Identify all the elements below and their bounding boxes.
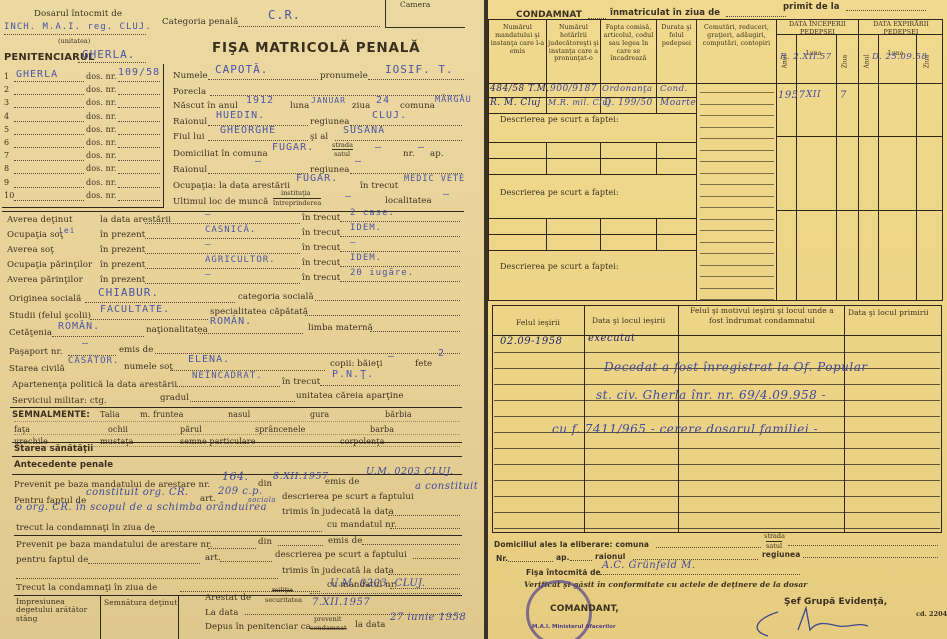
dosar-number: 1 xyxy=(4,72,9,81)
mandat2-art-label: art. xyxy=(205,553,221,563)
semnalmente-field: faţa xyxy=(14,425,30,434)
la-data-value: 7.XII.1957 xyxy=(312,597,370,608)
semnalmente-field: bărbia xyxy=(385,410,412,419)
mandat1-cu-mandatul-label: cu mandatul nr. xyxy=(327,520,397,530)
row2-hotarare: M.R. mil. Cluj xyxy=(548,98,611,107)
ruled-line xyxy=(700,230,774,231)
localitatea-label: localitatea xyxy=(385,196,432,206)
inmatriculat-label: înmatriculat în ziua de xyxy=(610,8,720,18)
ruled-line xyxy=(700,196,774,197)
numele-sot-label: numele soţ xyxy=(124,362,173,372)
social-trecut-line xyxy=(340,221,460,222)
ap-label: ap. xyxy=(430,149,444,159)
dosar-nr-label: dos. nr. xyxy=(86,125,117,134)
mandat1-emis: U.M. 0203 CLUJ. xyxy=(366,466,454,477)
right-regiunea-label: regiunea xyxy=(762,550,800,559)
dosar-nr-line xyxy=(118,147,160,148)
studii-value: FACULTATE. xyxy=(100,304,170,315)
dosar-nr-label: dos. nr. xyxy=(86,178,117,187)
social-line xyxy=(145,238,300,239)
dosar-number: 9 xyxy=(4,178,9,187)
dosar-nr-label: dos. nr. xyxy=(86,112,117,121)
ruled-line xyxy=(700,184,774,185)
semnalmente-field: nasul xyxy=(228,410,250,419)
domiciliat-label: Domiciliat în comuna xyxy=(173,149,268,159)
social-sub: în prezent xyxy=(100,260,145,270)
mandat1-descriere-label: descrierea pe scurt a faptului xyxy=(282,492,414,502)
exit-row-line xyxy=(494,512,940,513)
mandat1-nr: 164. xyxy=(222,470,249,483)
strada-value: — xyxy=(375,142,382,153)
luna-value: JANUAR xyxy=(311,96,346,105)
studii-label: Studii (felul şcolii) xyxy=(9,311,91,321)
social-trecut-line xyxy=(340,266,460,267)
ocupatia-trecut-label: în trecut xyxy=(360,181,398,191)
nr-label: nr. xyxy=(403,149,415,159)
row1-expirare: D. 25.09.58 xyxy=(872,52,927,62)
table-header: Fapta comisă, articolul, codul sau legea… xyxy=(601,24,656,63)
social-sub: în prezent xyxy=(100,245,145,255)
dosar-number: 10 xyxy=(4,191,14,200)
descriere-3-label: Descrierea pe scurt a faptei: xyxy=(500,262,619,271)
nationalitatea-value: ROMÂN. xyxy=(210,316,252,327)
social-value: — xyxy=(205,270,211,280)
ruled-line xyxy=(700,219,774,220)
mandat1-din: 8.XII.1957 xyxy=(273,471,329,482)
pronumele-label: pronumele xyxy=(320,71,368,81)
impresiunea-label: Impresiunea degetului arătător stâng xyxy=(16,598,98,623)
dosar-number: 5 xyxy=(4,125,9,134)
dosar-number: 4 xyxy=(4,112,9,121)
dosar-nr-line xyxy=(118,187,160,188)
dosar-nr-line xyxy=(118,121,160,122)
exit-header-primire: Data şi locul primirii xyxy=(848,308,929,317)
ruled-line xyxy=(700,288,774,289)
semnalmente-line xyxy=(14,421,460,422)
mandat1-trimis-label: trimis în judecată la data xyxy=(282,507,394,517)
exit-row-line xyxy=(494,384,940,385)
social-label: Ocupaţia soţ xyxy=(7,230,63,240)
militia-label: miliţia xyxy=(272,586,293,594)
ruled-line xyxy=(700,138,774,139)
row2-fapta: D. 199/50 xyxy=(604,98,653,108)
satul-label: satul xyxy=(334,150,350,158)
social-trecut-value: IDEM. xyxy=(350,223,382,233)
row2-inceput-luna: XII xyxy=(806,90,821,100)
categoria-sociala-label: categoria socială xyxy=(238,292,314,302)
social-trecut-line xyxy=(340,281,460,282)
regiunea2-value: — xyxy=(355,156,362,167)
social-label: Ocupaţia părinţilor xyxy=(7,260,92,270)
dosar-line xyxy=(14,121,84,122)
dosar-nr-line xyxy=(118,200,160,201)
right-ap-label: ap. xyxy=(556,553,570,562)
descriere-1-label: Descrierea pe scurt a faptei: xyxy=(500,115,619,124)
exit-note-3: cu f. 7411/965 - cerere dosarul familiei… xyxy=(552,422,818,436)
dosar-line xyxy=(14,134,84,135)
social-value: CASNICĂ. xyxy=(205,225,256,235)
dosar-line xyxy=(14,200,84,201)
social-trecut-label: în trecut xyxy=(302,213,340,223)
ziua-value: 24 xyxy=(376,95,390,106)
dosar-line xyxy=(14,187,84,188)
originea-label: Originea socială xyxy=(9,294,81,304)
exit-row1-felul: 02.09-1958 xyxy=(500,336,562,347)
row2-inceput-an: 1957 xyxy=(778,90,805,101)
dosar-nr-value: 109/58 xyxy=(118,67,160,78)
categoria-label: Categoria penală xyxy=(162,17,238,27)
strada-label: strada xyxy=(332,141,353,150)
ruled-line xyxy=(700,253,774,254)
dosare-box: 1GHERLAdos. nr.109/582dos. nr.3dos. nr.4… xyxy=(2,64,164,208)
institutia-label: instituţia xyxy=(281,189,311,197)
numele-label: Numele xyxy=(173,71,208,81)
dosar-number: 2 xyxy=(4,85,9,94)
page-title: FIŞA MATRICOLĂ PENALĂ xyxy=(212,40,420,56)
luna-label: luna xyxy=(290,101,309,111)
right-nr-label: Nr. xyxy=(496,554,508,563)
dosar-nr-line xyxy=(118,107,160,108)
row2-durata: Moarte xyxy=(660,98,696,108)
serviciul-label: Serviciul militar: ctg. xyxy=(12,396,107,406)
dosar-number: 3 xyxy=(4,98,9,107)
fiul-label: Fiul lui xyxy=(173,132,205,142)
originea-value: CHIABUR. xyxy=(98,286,159,299)
dosar-nr-label: dos. nr. xyxy=(86,164,117,173)
comuna-value: MĂRGĂU xyxy=(435,95,472,105)
social-sub: în prezent xyxy=(100,275,145,285)
social-value: AGRICULTOR. xyxy=(205,255,276,265)
ocupatia-trecut-value: MEDIC VETE xyxy=(404,174,465,184)
numele-sot-value: ELENA. xyxy=(188,354,230,365)
apartenenta-label: Apartenenţa politică la data arestării xyxy=(12,380,177,390)
domiciliat-value: FUGAR. xyxy=(272,142,314,153)
social-label: Averea părinţilor xyxy=(7,275,83,285)
ruled-line xyxy=(700,92,774,93)
depus-data-value: 27 iunie 1958 xyxy=(390,612,466,623)
numele-value: CAPOTĂ. xyxy=(215,63,268,76)
exit-row-line xyxy=(494,448,940,449)
dosar-nr-line xyxy=(118,160,160,161)
an-value: 1912 xyxy=(246,95,274,106)
dosar-nr-line xyxy=(118,173,160,174)
dosar-nr-label: dos. nr. xyxy=(86,191,117,200)
condamnat-label: condamnat xyxy=(310,624,347,632)
mandat1-trecut-label: trecut la condamnaţi în ziua de xyxy=(16,523,155,533)
comandant-label: COMANDANT, xyxy=(550,604,619,614)
exit-header-motiv: Felul şi motivul ieşirii şi locul unde a… xyxy=(682,306,842,326)
exit-row-line xyxy=(494,352,940,353)
depus-data-label: la data xyxy=(355,620,386,630)
exit-row1-data: executat xyxy=(588,333,636,344)
form-code: cd. 2204 xyxy=(916,610,947,618)
table-header: Durata şi felul pedepsei xyxy=(657,24,696,48)
descriere-2-label: Descrierea pe scurt a faptei: xyxy=(500,188,619,197)
right-strada-label: strada xyxy=(764,532,785,540)
mandat1-descriere: a constituit xyxy=(415,481,478,492)
social-line xyxy=(145,253,300,254)
localitatea-value: — xyxy=(443,189,450,200)
ruled-line xyxy=(700,161,774,162)
depus-label: Depus în penitenciar ca xyxy=(205,622,311,632)
dosar-nr-line xyxy=(118,134,160,135)
row1-durata: Cond. xyxy=(660,84,688,94)
starea-civila-value: CĂSĂTOR. xyxy=(68,356,119,366)
right-satul-label: satul xyxy=(766,541,782,550)
row2-inceput-zi: 7 xyxy=(840,90,847,101)
cetatenia-label: Cetăţenia xyxy=(9,328,52,338)
emis-label: emis de xyxy=(119,345,153,355)
table-header: Numărul mandatului şi instanţa care l-a … xyxy=(489,24,546,55)
unitatea-label: (unitatea) xyxy=(58,37,90,45)
mandat1-pentru: constituit org. CR. xyxy=(86,487,189,498)
penitenciar-value: GHERLA. xyxy=(82,48,135,61)
unitatea-label: unitatea căreia aparţine xyxy=(296,391,404,401)
semnalmente-field: barba xyxy=(370,425,394,434)
social-line xyxy=(145,283,300,284)
social-value: — xyxy=(205,240,211,250)
social-line xyxy=(145,268,300,269)
dosar-value: GHERLA xyxy=(16,69,58,80)
right-page: CONDAMNAT înmatriculat în ziua de primit… xyxy=(488,0,947,639)
ultimul-loc-label: Ultimul loc de muncă xyxy=(173,197,268,207)
exit-header-data: Data şi locul ieşirii xyxy=(592,316,665,325)
semnalmente-heading: SEMNALMENTE: xyxy=(12,410,90,420)
social-trecut-label: în trecut xyxy=(302,228,340,238)
categoria-value: C.R. xyxy=(268,8,301,22)
semnatura-label: Semnătura deţinut xyxy=(104,598,177,607)
cetatenia-value: ROMÂN. xyxy=(58,321,100,332)
row1-inceput: R. 2.XII.57 xyxy=(780,52,832,62)
dosar-nr-label: dos. nr. xyxy=(86,151,117,160)
prevenit-label: prevenit xyxy=(314,615,342,623)
dosar-line xyxy=(14,173,84,174)
gradul-label: gradul xyxy=(160,393,189,403)
exit-row-line xyxy=(494,416,940,417)
raionul2-value: — xyxy=(255,156,262,167)
mandat2-pentru-label: pentru faptul de xyxy=(16,555,88,565)
stamp-text: M.A.I. Ministerul Afacerilor xyxy=(532,624,616,630)
porecla-label: Porecla xyxy=(173,87,206,97)
raionul2-label: Raionul xyxy=(173,165,207,175)
dosar-line xyxy=(14,81,84,82)
pronumele-value: IOSIF. T. xyxy=(385,63,454,76)
dosar-line xyxy=(14,107,84,108)
mandat2-trimis-label: trimis în judecată la data xyxy=(282,566,394,576)
fisa-value: A.C. Grünfeld M. xyxy=(602,560,696,571)
social-trecut-value: IDEM. xyxy=(350,253,382,263)
social-label: Averea soţ xyxy=(7,245,54,255)
ocupatia-value: FUGAR. xyxy=(296,173,338,184)
dosar-line xyxy=(14,160,84,161)
table-header: Comutări, reduceri, graţieri, adăugiri, … xyxy=(697,24,776,48)
social-value: — xyxy=(205,210,211,220)
ocupatia-label: Ocupaţia: la data arestării xyxy=(173,181,290,191)
semnalmente-field: părul xyxy=(180,425,202,434)
dosar-line xyxy=(14,147,84,148)
signature-icon xyxy=(748,600,898,639)
dosar-nr-label: dos. nr. xyxy=(86,72,117,81)
dosar-nr-label: dos. nr. xyxy=(86,138,117,147)
fete-value: 2 xyxy=(438,348,445,359)
dosar-label: Dosarul întocmit de xyxy=(34,9,122,19)
date-subheader: Ziua xyxy=(841,55,848,69)
nr-value: — xyxy=(418,142,425,153)
camera-label: Camera xyxy=(400,0,430,9)
arestat-value: U.M. 0203. CLUJ. xyxy=(330,578,425,589)
semnalmente-field: m. fruntea xyxy=(140,410,183,419)
apartenenta-trecut-label: în trecut xyxy=(282,377,320,387)
dosar-number: 8 xyxy=(4,164,9,173)
starea-civila-label: Starea civilă xyxy=(9,364,65,374)
camera-box: Camera xyxy=(385,0,465,28)
exit-row-line xyxy=(494,480,940,481)
mandat2-trecut-label: Trecut la condamnaţi în ziua de xyxy=(16,583,157,593)
date-subheader: Anul xyxy=(863,55,870,69)
mama-value: SUSANA xyxy=(343,125,385,136)
copii-label: copii: băieţi xyxy=(330,359,383,369)
row1-mandat: 484/58 T.M. xyxy=(490,84,550,94)
ziua-label: ziua xyxy=(352,101,370,111)
regiunea-value: CLUJ. xyxy=(372,110,407,121)
limba-label: limba maternă xyxy=(308,323,373,333)
social-trecut-value: 2 case. xyxy=(350,208,395,218)
exit-header-felul: Felul ieşirii xyxy=(516,318,560,327)
dosar-number: 7 xyxy=(4,151,9,160)
apartenenta-value: NEÎNCADRAT. xyxy=(192,371,263,381)
fisa-label: Fişa întocmită de xyxy=(526,568,601,577)
social-trecut-value: — xyxy=(350,238,356,248)
mandat1-descriere2-sup: sociala xyxy=(248,496,276,504)
ruled-line xyxy=(700,276,774,277)
la-data-label: La data xyxy=(205,608,238,618)
raionul-label: Raionul xyxy=(173,117,207,127)
arestat-label: Arestat de xyxy=(205,593,251,603)
mandat1-descriere2: o org. CR. în scopul de a schimba orându… xyxy=(16,502,267,513)
social-line xyxy=(145,223,300,224)
ruled-line xyxy=(700,150,774,151)
social-trecut-line xyxy=(340,251,460,252)
pasaport-value: — xyxy=(82,338,89,349)
baieti-value: — xyxy=(388,351,395,362)
mandat2-descriere-label: descrierea pe scurt a faptului xyxy=(275,550,407,560)
semnalmente-field: gura xyxy=(310,410,329,419)
securitatea-label: securitatea xyxy=(265,595,302,604)
ruled-line xyxy=(700,127,774,128)
social-trecut-label: în trecut xyxy=(302,273,340,283)
dosar-value: INCH. M.A.I. reg. CLUJ. xyxy=(4,22,152,32)
intreprinderea-label: întreprinderea xyxy=(273,198,321,207)
semnalmente-field: Talia xyxy=(100,410,120,419)
starea-sanatatii-label: Starea sănătăţii xyxy=(14,444,93,454)
exit-note-2: st. civ. Gherla înr. nr. 69/4.09.958 - xyxy=(596,388,826,402)
row2-mandat: R. M. Cluj xyxy=(490,98,541,108)
left-page: Dosarul întocmit de INCH. M.A.I. reg. CL… xyxy=(0,0,484,639)
dosar-line xyxy=(14,94,84,95)
dosar-nr-label: dos. nr. xyxy=(86,85,117,94)
row1-hotarare: 900/9187 xyxy=(550,84,597,94)
mandat1-emis-label: emis de xyxy=(325,477,359,487)
mandat2-din-label: din xyxy=(258,537,272,547)
semnalmente-line xyxy=(14,434,460,435)
antecedente-label: Antecedente penale xyxy=(14,460,113,470)
tata-value: GHEORGHE xyxy=(220,125,276,136)
semnalmente-field: ochii xyxy=(108,425,128,434)
ruled-line xyxy=(700,104,774,105)
social-trecut-label: în trecut xyxy=(302,258,340,268)
exit-row-line xyxy=(494,496,940,497)
social-suffix: iei xyxy=(58,226,75,235)
pasaport-label: Paşaport nr. xyxy=(9,347,63,357)
dosar-number: 6 xyxy=(4,138,9,147)
exit-note-1: Decedat a fost înregistrat la Of. Popula… xyxy=(604,360,868,374)
domiciliul-label: Domiciliul ales la eliberare: comuna xyxy=(494,540,649,549)
ruled-line xyxy=(700,173,774,174)
mandat2-emis-label: emis de xyxy=(328,536,362,546)
mandat2-label: Prevenit pe baza mandatului de arestare … xyxy=(16,540,212,550)
ruled-line xyxy=(700,265,774,266)
exit-row-line xyxy=(494,528,940,529)
primit-label: primit de la xyxy=(783,2,840,12)
ruled-line xyxy=(700,115,774,116)
dosar-nr-line xyxy=(118,94,160,95)
dosar-nr-label: dos. nr. xyxy=(86,98,117,107)
ruled-line xyxy=(700,242,774,243)
ultimul-loc-value: — xyxy=(345,191,352,202)
social-sub: în prezent xyxy=(100,230,145,240)
apartenenta-trecut-value: P.N.Ţ. xyxy=(332,369,374,380)
row1-fapta: Ordonanţa xyxy=(602,84,653,94)
table-header: Numărul hotărîrii judecătoreşti şi insta… xyxy=(547,24,600,63)
social-trecut-line xyxy=(340,236,460,237)
exit-row-line xyxy=(494,464,940,465)
dosar-nr-line xyxy=(118,81,160,82)
semnalmente-field: sprâncenele xyxy=(255,425,305,434)
social-trecut-label: în trecut xyxy=(302,243,340,253)
ruled-line xyxy=(700,299,774,300)
si-al-label: şi al xyxy=(310,132,328,142)
social-label: Averea deţinut xyxy=(7,215,73,225)
fete-label: fete xyxy=(415,359,432,369)
social-trecut-value: 20 iugăre. xyxy=(350,268,414,278)
ruled-line xyxy=(700,207,774,208)
raionul-value: HUEDIN. xyxy=(216,110,265,121)
